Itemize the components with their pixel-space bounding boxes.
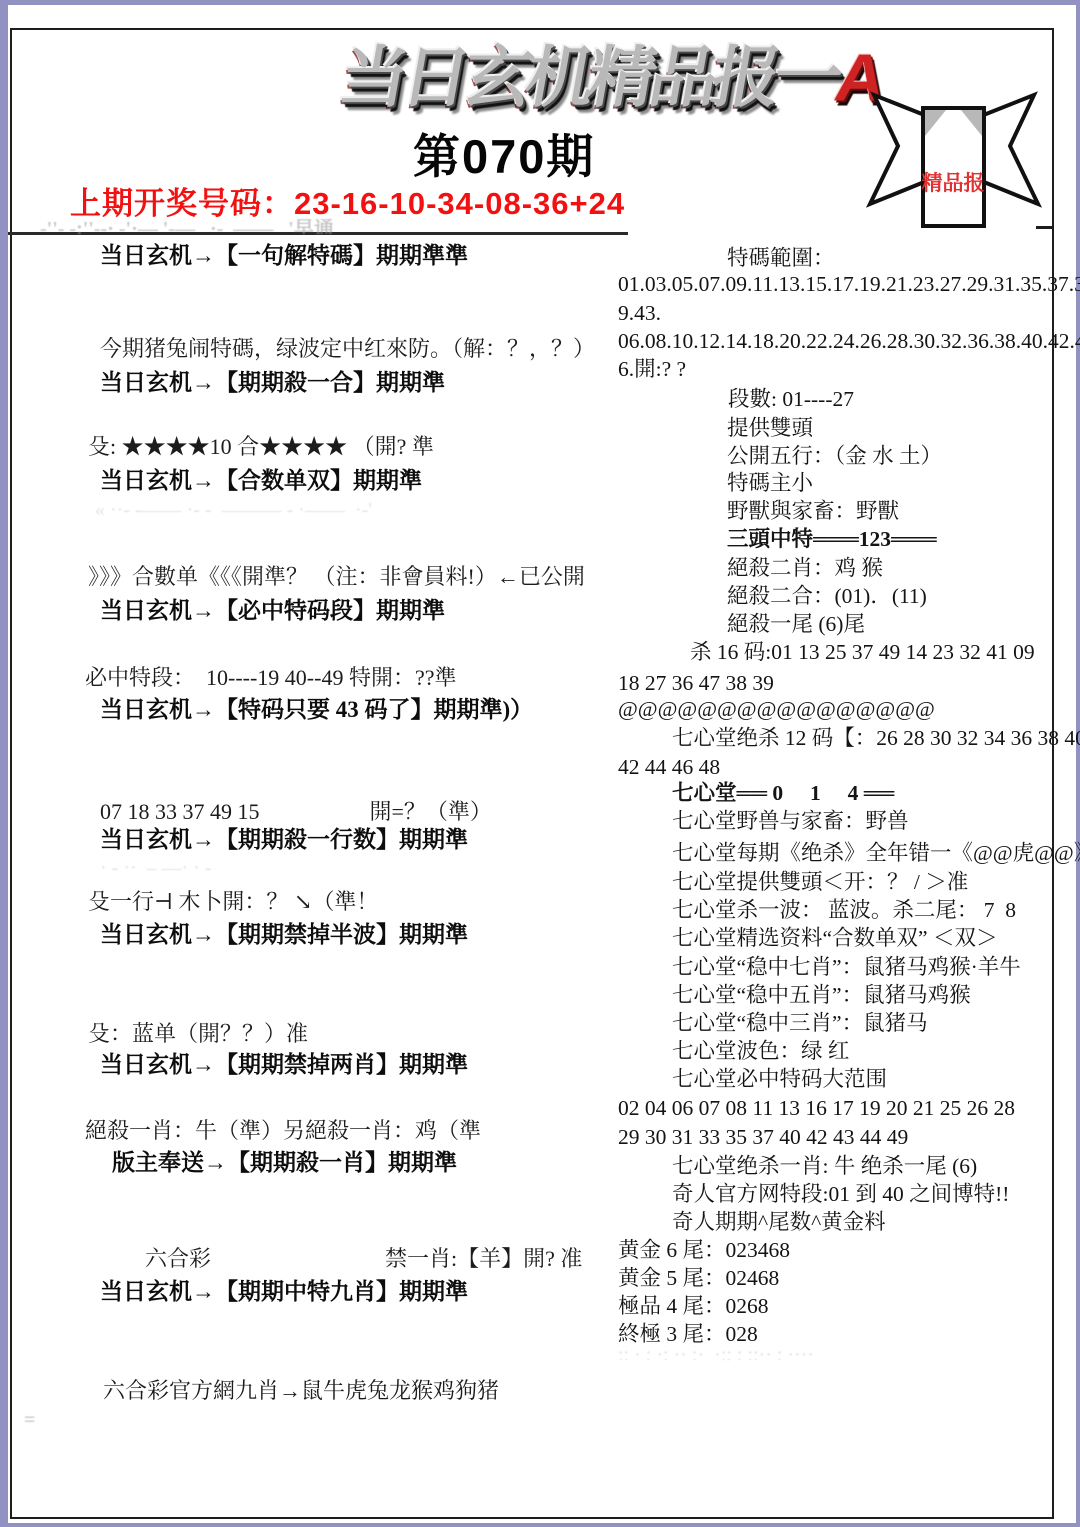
info-line: 6.開:? ?: [618, 357, 686, 382]
tip-line: 絕殺一肖：牛（準）另絕殺一肖：鸡（準: [85, 1118, 481, 1144]
erased-text-remnant: « ··- -—— ·- - ——— - ·—— ·-': [95, 500, 595, 515]
tip-line: 当日玄机→【期期殺一合】期期準: [100, 370, 445, 396]
tip-line: 禁一肖:【羊】開? 准: [385, 1246, 582, 1272]
info-line: 終極 3 尾：028: [618, 1322, 758, 1347]
issue-number: 第070期: [413, 120, 595, 187]
info-line: 七心堂“稳中三肖”：鼠猪马: [672, 1011, 928, 1036]
info-line: 特碼主小: [727, 471, 813, 496]
tip-line: 当日玄机→【期期中特九肖】期期準: [100, 1279, 468, 1305]
tip-line: 07 18 33 37 49 15 開=？（準）: [100, 799, 492, 825]
ribbon-label: 精品报: [922, 171, 985, 195]
info-line: 七心堂绝杀一肖: 牛 绝杀一尾 (6): [672, 1154, 977, 1179]
info-line: 段數: 01----27: [728, 387, 854, 412]
info-line: 七心堂必中特码大范围: [672, 1067, 887, 1092]
erased-text-remnant: · - ·· – —· · -: [100, 858, 500, 873]
info-line: 特碼範圍：: [727, 246, 835, 271]
info-line: 黄金 6 尾：023468: [618, 1238, 790, 1263]
erased-text-remnant: :: · : ·: ·· :· ·:: : ::·· : ····: [618, 1345, 1038, 1360]
tip-line: 当日玄机→【合数单双】期期準: [100, 468, 422, 494]
tip-line: 版主奉送→【期期殺一肖】期期準: [112, 1150, 457, 1176]
info-line: 極品 4 尾：0268: [618, 1294, 769, 1319]
tip-line: 当日玄机→【期期禁掉半波】期期準: [100, 922, 468, 948]
info-line: 提供雙頭: [727, 416, 813, 441]
info-line: 奇人官方网特段:01 到 40 之间博特!!: [672, 1182, 1009, 1207]
tip-line: 今期猪兔闹特碼，绿波定中红來防。（解：？，？）: [100, 336, 595, 362]
info-line: 三頭中特═══123═══: [727, 527, 937, 552]
tip-line: 当日玄机→【一句解特碼】期期準準: [100, 243, 468, 269]
erased-text-remnant: -''- -:''--· -'·— '-— ·- —— '早通: [40, 219, 625, 234]
info-line: 七心堂“稳中七肖”：鼠猪马鸡猴·羊牛: [672, 955, 1021, 980]
info-line: 02 04 06 07 08 11 13 16 17 19 20 21 25 2…: [618, 1096, 1015, 1121]
tip-line: 殳一行⊣ 木卜開：？ ↘（準！: [88, 889, 378, 915]
last-draw-numbers: 上期开奖号码：23-16-10-34-08-36+24: [70, 178, 625, 223]
info-line: 七心堂野兽与家畜：野兽: [672, 809, 909, 834]
info-line: 野獸與家畜：野獸: [727, 499, 899, 524]
info-line: 七心堂杀一波： 蓝波。杀二尾： 7 8: [672, 898, 1016, 923]
info-line: 絕殺二合：(01)．(11): [727, 584, 927, 609]
info-line: 公開五行：（金 水 土）: [727, 444, 942, 469]
info-line: 七心堂精选资料“合数单双” ＜双＞: [672, 926, 997, 951]
info-line: 01.03.05.07.09.11.13.15.17.19.21.23.27.2…: [618, 272, 1080, 297]
tip-line: 殳: ★★★★10 合★★★★ （開? 準: [88, 434, 434, 460]
info-line: 七心堂波色：绿 红: [672, 1039, 849, 1064]
masthead-title-main: 当日玄机精品报一: [334, 41, 843, 115]
info-line: 七心堂“稳中五肖”：鼠猪马鸡猴: [672, 983, 971, 1008]
info-line: 絕殺二肖：鸡 猴: [727, 556, 883, 581]
info-line: 42 44 46 48: [618, 755, 720, 780]
info-line: @@@@@@@@@@@@@@@@: [618, 697, 935, 722]
tip-line: 必中特段： 10----19 40--49 特開：??準: [85, 665, 457, 691]
info-line: 18 27 36 47 38 39: [618, 671, 774, 696]
tip-line: 六合彩: [145, 1246, 211, 1272]
info-line: 七心堂绝杀 12 码【：26 28 30 32 34 36 38 40: [672, 726, 1080, 751]
info-line: 七心堂提供雙頭＜开：？ / ＞准: [672, 870, 968, 895]
info-line: 29 30 31 33 35 37 40 42 43 44 49: [618, 1125, 908, 1150]
stray-mark: =: [24, 1410, 44, 1425]
info-line: 06.08.10.12.14.18.20.22.24.26.28.30.32.3…: [618, 329, 1080, 354]
info-line: 9.43.: [618, 301, 661, 326]
tip-line: 当日玄机→【必中特码段】期期準: [100, 598, 445, 624]
info-line: 奇人期期^尾数^黄金料: [672, 1210, 886, 1235]
tip-line: 六合彩官方網九肖→鼠牛虎兔龙猴鸡狗猪: [103, 1378, 499, 1404]
info-line: 絕殺一尾 (6)尾: [727, 612, 865, 637]
info-line: 杀 16 码:01 13 25 37 49 14 23 32 41 09: [690, 640, 1035, 665]
info-line: 七心堂══ 0 1 4 ══: [672, 781, 894, 806]
info-line: 七心堂每期《绝杀》全年错一《@@虎@@》: [672, 841, 1080, 866]
tip-line: 殳：蓝单（開？？）准: [88, 1021, 308, 1047]
tip-line: 当日玄机→【特码只要 43 码了】期期準)）: [100, 697, 533, 723]
masthead-title: 当日玄机精品报一A: [333, 41, 927, 119]
tip-line: 》》》合數单《《《開準？ （注：非會員料!）←已公開: [88, 564, 585, 590]
tip-line: 当日玄机→【期期禁掉两肖】期期準: [100, 1052, 468, 1078]
scanned-lottery-sheet: { "page": { "frame_color": "#9292c2", "a…: [0, 0, 1080, 1527]
ribbon-stamp-icon: 精品报: [860, 78, 1048, 236]
info-line: 黄金 5 尾：02468: [618, 1266, 779, 1291]
tip-line: 当日玄机→【期期殺一行数】期期準: [100, 827, 468, 853]
